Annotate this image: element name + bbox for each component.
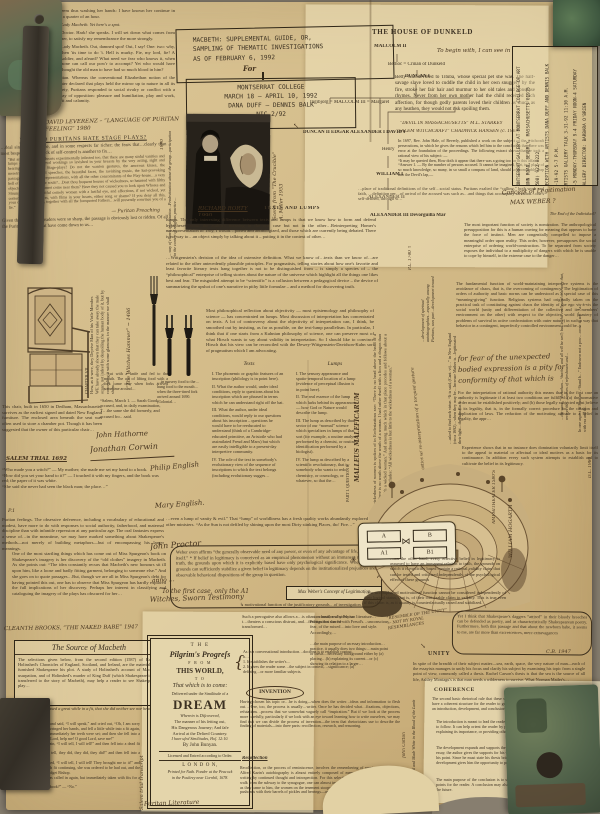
texts-item-1: I. The phonemic or graphic features of a… — [212, 371, 284, 381]
berger-nomization-clipping: The most important function of society i… — [464, 222, 596, 278]
malleus-part-label: PART I. QUESTION 6, — [346, 424, 355, 502]
pilgrim-line: THIS WORLD, — [153, 667, 247, 676]
clip-hole — [536, 752, 563, 779]
berger-fundamental-clipping: The fundamental function of world-mainta… — [456, 281, 598, 351]
pilgrim-line: in the Poultrey near Cornhil, 1678. — [153, 776, 247, 781]
margin-strip-1: …the same,” Jonathan…“backs,” and all wi… — [560, 272, 575, 420]
macbeth-scene-clipping: …seem thus washing her hands: I have kno… — [55, 8, 175, 116]
texts-item-4: IV. The role of the text in somebody's e… — [212, 457, 284, 478]
collage-page: …seem thus washing her hands: I have kno… — [0, 0, 600, 814]
pilgrim-line: T H E — [153, 643, 247, 649]
pilgrim-line: The manner of his ſetting out, — [153, 719, 247, 724]
pilgrim-line: Licensed and Entred according to Order. — [153, 754, 247, 759]
diagram-box-b: B — [413, 529, 447, 542]
legitimacy-paragraph-1: …on the other hand, every effective beli… — [390, 556, 500, 588]
invention-heading: INVENTION — [246, 686, 304, 700]
lump-of-vanity-clipping: …even a lump of vanity & evil.” That “lu… — [166, 516, 374, 543]
pilgrim-line: By John Bunyan. — [153, 743, 247, 749]
amphitheater-side-note: AMPHITHEATER 1580'S — [492, 420, 502, 524]
salem-qa-testimony: “Who made you a witch?” — My mother; she… — [2, 467, 166, 511]
tree-row-alexander3: ALEXANDER III Devorguilla Mar — [370, 213, 546, 221]
salem-transcript-side-note: Salem trial transcript — [139, 714, 150, 810]
dark-patina-patch — [516, 698, 547, 733]
pilgrim-dream-line: DREAM — [153, 698, 247, 712]
pilgrim-line: Wherein is Diſcovered, — [153, 713, 247, 718]
pilgrim-line: Pilgrim's Progreſs — [153, 650, 247, 660]
prerogative-fragment: Such a prerogative also allows a…is ofte… — [242, 614, 358, 648]
invention-paragraph: Having chosen his topic or…he is doing—w… — [240, 700, 400, 754]
puritan-theater-note: Puritan. Whereas the conventional Elizab… — [55, 75, 175, 104]
paper-crease-2 — [307, 360, 309, 590]
fork-caption-2: …in nursery food to the…hung food to the… — [157, 380, 207, 408]
clip-screw — [34, 14, 44, 24]
texts-column-header: Texts — [232, 361, 266, 370]
texts-item-3: III. What the author, under ideal condit… — [212, 407, 284, 454]
pl-1740-note: P.L. 1740 ↑ — [408, 236, 418, 270]
pilgrim-line: That which is to come: — [153, 683, 247, 691]
texts-column: I. The phonemic or graphic features of a… — [212, 371, 284, 513]
lumps-item-2: II. The real essence of the lump which l… — [296, 394, 358, 415]
dl-1980-note: D.L. 1980 — [588, 436, 597, 478]
first-case-handwriting: To the first case, only the A1 — [162, 588, 282, 599]
metal-clip-top-right — [553, 0, 600, 46]
john-cotton-note: John Cotton — [402, 700, 412, 758]
rust-patch — [515, 783, 586, 807]
source-of-macbeth-text: The selections given below, from the sec… — [15, 655, 163, 690]
pilgrim-line: F R O M — [153, 661, 247, 666]
diagram-box-a: A — [367, 530, 401, 543]
doctor-line: Doctor. Hark! she speaks. I will set dow… — [55, 30, 175, 41]
source-of-macbeth-box: The Source of Macbeth The selections giv… — [14, 640, 164, 706]
lumps-column-header: Lumps — [318, 361, 352, 370]
lady-macbeth-line-2: Lady Macbeth. Out, damned spot! Out, I s… — [55, 44, 175, 73]
pilgrim-line: His Dangerous Journey; And ſafe — [153, 725, 247, 730]
margin-strip-2: In one aspect of Puritan…“Stand b…” Ende… — [578, 300, 591, 432]
gallery-info-text: MONTSERRAT GALLERY AT MONTSERRAT COLLEGE… — [513, 47, 598, 186]
for-handwriting: For — [243, 64, 269, 76]
texts-and-lumps-title: TEXTS AND LUMPS — [264, 206, 328, 215]
brooks-citation-handwriting: CLEANTH BROOKS, “THE NAKED BABE” 1947 — [4, 624, 168, 637]
macbeth-guide-box: MACBETH: SUPPLEMENTAL GUIDE, OR, SAMPLIN… — [175, 25, 394, 84]
recollection-heading: Recollection — [242, 756, 300, 765]
rorty-paragraph-2: …Wittgenstein's derision of the idea of … — [166, 255, 378, 305]
lady-macbeth-line-1: Lady Macbeth. Yet here's a spot. — [55, 22, 175, 28]
increase-mather-strip: …asked to find such virtue. “It is said,… — [448, 332, 474, 444]
rorty-handwriting: RICHARD RORTY 1990 — [198, 206, 262, 216]
bowtie-symbol: ⋈ — [400, 536, 412, 550]
dunkeld-title: THE HOUSE OF DUNKELD — [372, 28, 512, 38]
paper-crease — [369, 0, 372, 142]
puritan-feelings-clipping: Puritan feelings. The obsessive deferenc… — [2, 517, 164, 551]
end-of-individual-label: The End of the Individual? — [532, 211, 596, 219]
cb-1947-note: C.B. 1947 — [546, 649, 576, 658]
pilgrim-line: T O — [153, 677, 247, 682]
metal-clip-bottom-left — [0, 698, 50, 790]
fork-engraving-pair — [158, 314, 200, 378]
tree-row-malcolm2: MALCOLM II — [374, 44, 434, 52]
wainscot-chair-engraving — [16, 286, 94, 406]
page-one-note: P.1 — [8, 508, 24, 517]
source-of-macbeth-title: The Source of Macbeth — [15, 641, 163, 655]
hogarth-side-note: WILLIAM HOGARTH — [508, 462, 520, 558]
rorty-paragraph-3: Most philosophical reflection about obje… — [206, 308, 374, 366]
chair-caption: This chair, built in 1650 in Dedham, Mas… — [2, 404, 102, 450]
macbeth-scene-fragment: …seem thus washing her hands: I have kno… — [55, 8, 175, 19]
rational-authority-clipping: For the interpretation of rational autho… — [458, 390, 598, 442]
metal-clip-bottom-right — [504, 684, 600, 814]
rorty-paragraph-1: lumps. The only interesting difference b… — [166, 217, 376, 253]
gallery-info-box: MONTSERRAT GALLERY AT MONTSERRAT COLLEGE… — [512, 46, 598, 186]
texts-item-2: II. What the author would, under ideal c… — [212, 384, 284, 405]
unity-heading: UNITY — [428, 651, 472, 660]
tree-row-bethoc: Bethoc = Crinan of Dunkeld — [388, 62, 498, 70]
pilgrim-line: I have uſed Similitudes, Hoſ. 12:10. — [153, 737, 247, 742]
salem-trial-note: SALEM TRIAL 1692 — [6, 456, 70, 466]
brooks-old-clothes-clipping: One of the most startling things which h… — [12, 551, 166, 623]
lumps-item-1: I. The sensory appearance and spatio-tem… — [296, 371, 358, 392]
conversational-fragment: As in a conversational introduction…doct… — [243, 650, 355, 684]
spiritual-autobiography-strip: …development of spiritual autobiographie… — [421, 270, 435, 342]
star-margin-mark: ✳ — [350, 556, 360, 566]
